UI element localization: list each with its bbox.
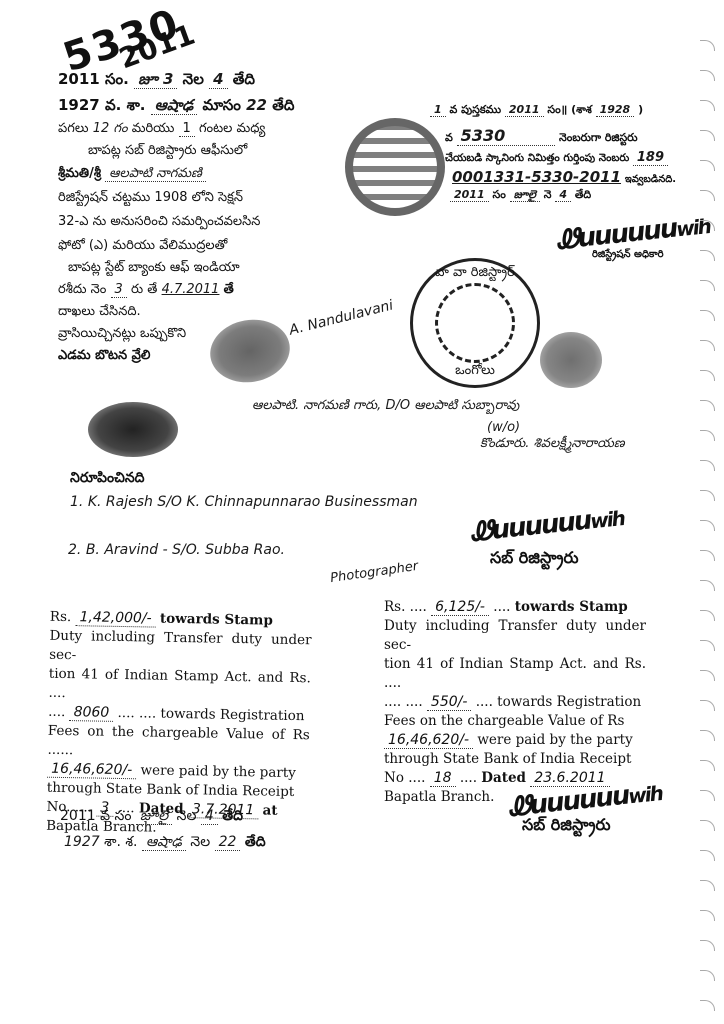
time-line: పగలు 12 గం మరియు 1 గంటల మధ్య (58, 121, 265, 139)
binding-hole (700, 40, 715, 51)
saka-day: 22 (215, 834, 241, 851)
receipt-line: రశీదు నెం 3 రు తే 4.7.2011 తే (58, 282, 234, 300)
month-value: జూ 3 (134, 70, 177, 89)
label: పగలు (58, 121, 89, 136)
saka-year: 1927 (58, 96, 100, 114)
binding-hole (700, 250, 715, 261)
binding-hole (700, 340, 715, 351)
saka-day: 22 (246, 96, 267, 114)
section-line: 32-ఎ ను అనుసరించి సమర్పించవలసిన (58, 214, 260, 232)
fees-line: Fees on the chargeable Value of Rs (384, 712, 646, 731)
label: గంటల మధ్య (199, 121, 265, 136)
right-month: జూలై (510, 188, 540, 202)
binding-hole (700, 490, 715, 501)
year: 2011 (58, 70, 100, 88)
witness-index: 2. (68, 542, 81, 558)
registration-fee-value: 550/- (427, 694, 472, 711)
binding-hole (700, 670, 715, 681)
saka-month: ఆషాఢ (151, 96, 198, 115)
label: వ సం (100, 808, 131, 824)
thumb-label: ఎడమ బొటన వ్రేలి (58, 348, 150, 366)
label: ) (638, 103, 643, 116)
label: నెల (183, 70, 204, 88)
binding-hole (700, 310, 715, 321)
fees-line: Fees on the chargeable Value of Rs .....… (47, 722, 310, 765)
filed-line: దాఖలు చేసినది. (58, 304, 141, 322)
saka-month: ఆషాఢ (142, 834, 186, 851)
year: 2011 (60, 808, 96, 824)
left-endorsement-date-line: 2011 సం. జూ 3 నెల 4 తేది (58, 70, 255, 92)
fees-line: Duty including Transfer duty under sec- (384, 617, 646, 655)
photo-line: ఫోటో (ఎ) మరియు వేలిముద్రలతో (58, 238, 227, 256)
stamp-duty-value: 1,42,000/- (75, 609, 155, 627)
binding-hole (700, 460, 715, 471)
presenter-name: ఆలపాటి నాగమణి (105, 166, 206, 182)
executant-signature: A. Nandulavani (288, 297, 395, 338)
right-date-line: 2011 సం జూలై నె 4 తేది (450, 188, 591, 204)
witness-1: 1. K. Rajesh S/O K. Chinnapunnarao Busin… (70, 494, 418, 510)
binding-hole (700, 580, 715, 591)
label: were paid by the party (477, 732, 632, 748)
label: నెంబరుగా రిజిస్టరు (559, 131, 637, 144)
binding-hole (700, 70, 715, 81)
label: నెల (177, 808, 197, 824)
label: సం. (105, 70, 129, 88)
binding-hole (700, 1000, 715, 1011)
label: were paid by the party (140, 762, 296, 781)
executant-name: ఆలపాటి. నాగమణి గారు, D/O ఆలపాటి సుబ్బారా… (252, 398, 519, 416)
scan-code-line: 0001331-5330-2011 ఇవ్వబడినది. (452, 168, 676, 187)
witness-2: 2. B. Aravind - S/O. Subba Rao. (68, 542, 285, 558)
fees-line: .... .... 550/- .... towards Registratio… (384, 693, 646, 712)
presenter-line: శ్రీమతి/శ్రీ ఆలపాటి నాగమణి (58, 166, 206, 184)
fees-line: tion 41 of Indian Stamp Act. and Rs. ...… (48, 665, 311, 708)
label: towards Stamp (160, 611, 273, 629)
receipt-number: 3 (111, 282, 127, 298)
executant-relation: (w/o) (487, 420, 520, 435)
binding-hole (700, 370, 715, 381)
scan-code: 0001331-5330-2011 (452, 168, 621, 186)
fees-line: Duty including Transfer duty under sec- (49, 627, 312, 670)
label: Fees on the chargeable Value of Rs (48, 723, 310, 744)
binding-hole (700, 280, 715, 291)
label: towards Registration (497, 694, 641, 710)
label: చేయబడి స్కానింగు నిమిత్తం గుర్తింపు నెంబ… (445, 152, 629, 164)
fees-line: Rs. .... 6,125/- .... towards Stamp (384, 598, 646, 617)
bottom-saka-line: 1927 శా. శ. ఆషాఢ నెల 22 తేది (64, 834, 266, 853)
label: Rs. (384, 599, 405, 615)
admission-line: వ్రాసియిచ్చినట్లు ఒప్పుకొని (58, 326, 186, 344)
stamp-bottom-text: ఒంగోలు (413, 363, 537, 381)
binding-hole (700, 550, 715, 561)
binding-hole (700, 190, 715, 201)
label: వ పుస్తకము (450, 103, 502, 116)
label: వ. శా. (105, 96, 146, 114)
label: తేది (233, 70, 255, 88)
label: Rs. (50, 609, 72, 625)
binding-hole (700, 220, 715, 231)
label: వ (445, 131, 453, 144)
binding-hole (700, 760, 715, 771)
label: తేది (272, 96, 294, 114)
bank-line: బాపట్ల స్టేట్ బ్యాంకు ఆఫ్ ఇండియా (68, 260, 240, 278)
binding-hole (700, 880, 715, 891)
fees-paragraph-left: Rs. 1,42,000/- towards Stamp Duty includ… (46, 608, 312, 841)
binding-hole (700, 970, 715, 981)
sub-registrar-signature: Ꮺuuuuuuwih (469, 502, 625, 549)
label: మాసం (203, 96, 241, 114)
binding-hole (700, 130, 715, 141)
chargeable-value: 16,46,620/- (384, 732, 473, 749)
receipt-number: 18 (430, 770, 456, 787)
binding-hole (700, 430, 715, 441)
fees-line: 16,46,620/- were paid by the party (384, 731, 646, 750)
binding-hole (700, 940, 715, 951)
label: నెల (190, 834, 210, 850)
binding-hole (700, 100, 715, 111)
label: at (262, 802, 277, 818)
witnesses-heading: నిరూపించినది (70, 470, 145, 489)
label: towards Registration (160, 706, 304, 725)
label: శా. శ. (104, 834, 137, 850)
binding-hole (700, 520, 715, 531)
executant-spouse-name: కొండూరు. శివలక్ష్మీనారాయణ (480, 436, 625, 454)
label: శ్రీమతి/శ్రీ (58, 166, 101, 181)
thumb-impression (205, 314, 295, 389)
scan-id-line: చేయబడి స్కానింగు నిమిత్తం గుర్తింపు నెంబ… (445, 150, 668, 167)
binding-hole (700, 700, 715, 711)
label: Dated (481, 770, 526, 786)
day-value: 4 (209, 70, 227, 89)
witness-text: B. Aravind - S/O. Subba Rao. (86, 542, 285, 558)
stamp-duty-value: 6,125/- (431, 599, 489, 616)
label: No (384, 770, 404, 786)
label: సం॥ (శాశ (547, 103, 591, 116)
registration-number: 5330 (457, 126, 556, 146)
sub-registrar-label: సబ్ రిజిస్ట్రారు (490, 548, 579, 571)
witness-text: K. Rajesh S/O K. Chinnapunnarao Business… (88, 494, 418, 510)
label: రు తే (131, 282, 157, 297)
binding-hole (700, 400, 715, 411)
binding-hole (700, 160, 715, 171)
label: మరియు (132, 121, 175, 136)
stamp-inner-ring (435, 283, 515, 363)
receipt-date: 4.7.2011 (162, 282, 220, 297)
stamp-top-text: వా వా రిజిస్ట్రార్ (413, 265, 537, 283)
book-number: 1 (430, 103, 446, 117)
bottom-date-line: 2011 వ సం జూలై నెల 4 తేది (60, 808, 243, 827)
binding-hole (700, 640, 715, 651)
witness-index: 1. (70, 494, 83, 510)
label: తేది (575, 188, 591, 201)
label: towards Stamp (515, 599, 628, 615)
act-line: రిజిస్ట్రేషన్ చట్టము 1908 లోని సెక్షన్ (58, 190, 243, 208)
binding-hole (700, 730, 715, 741)
fees-line: tion 41 of Indian Stamp Act. and Rs. ...… (384, 655, 646, 693)
binding-hole (700, 910, 715, 921)
label: తేది (245, 834, 266, 850)
hours-value: 1 (179, 121, 195, 137)
fees-paragraph-right: Rs. .... 6,125/- .... towards Stamp Duty… (384, 598, 646, 807)
month-value: జూలై (136, 808, 172, 825)
label: రశీదు నెం (58, 282, 106, 297)
binding-hole (700, 820, 715, 831)
binding-hole (700, 610, 715, 621)
sub-registrar-label-bottom: సబ్ రిజిస్ట్రారు (522, 815, 611, 838)
thumb-impression (540, 332, 602, 388)
label: నె (544, 188, 552, 201)
witness-2-occupation: Photographer (329, 559, 419, 586)
label: సం (492, 188, 505, 201)
right-day: 4 (555, 188, 571, 202)
official-seal (345, 118, 445, 216)
thumb-impression (88, 402, 178, 457)
day-value: 4 (201, 808, 218, 825)
registration-fee-value: 8060 (70, 704, 114, 722)
book-line: 1 వ పుస్తకము 2011 సం॥ (శాశ 1928 ) (430, 103, 643, 119)
office-line: బాపట్ల సబ్ రిజిస్ట్రారు ఆఫీసులో (88, 143, 247, 161)
registration-number-line: వ 5330 నెంబరుగా రిజిస్టరు (445, 126, 638, 147)
round-stamp: వా వా రిజిస్ట్రార్ ఒంగోలు (410, 258, 540, 388)
binding-hole (700, 790, 715, 801)
registering-officer-label: రిజిస్ట్రేషన్ అధికారి (592, 248, 664, 262)
scan-id-number: 189 (633, 150, 668, 166)
book-year: 2011 (505, 103, 544, 117)
label: ఇవ్వబడినది. (625, 174, 676, 185)
saka-year: 1928 (596, 103, 635, 117)
label: తే (224, 282, 234, 297)
right-year: 2011 (450, 188, 489, 202)
saka-year: 1927 (64, 834, 100, 850)
time-value: 12 గం (93, 121, 128, 136)
binding-hole (700, 850, 715, 861)
label: తేది (222, 808, 243, 824)
chargeable-value: 16,46,620/- (47, 761, 136, 780)
left-endorsement-saka-line: 1927 వ. శా. ఆషాఢ మాసం 22 తేది (58, 96, 294, 118)
fees-line: through State Bank of India Receipt (384, 750, 646, 769)
